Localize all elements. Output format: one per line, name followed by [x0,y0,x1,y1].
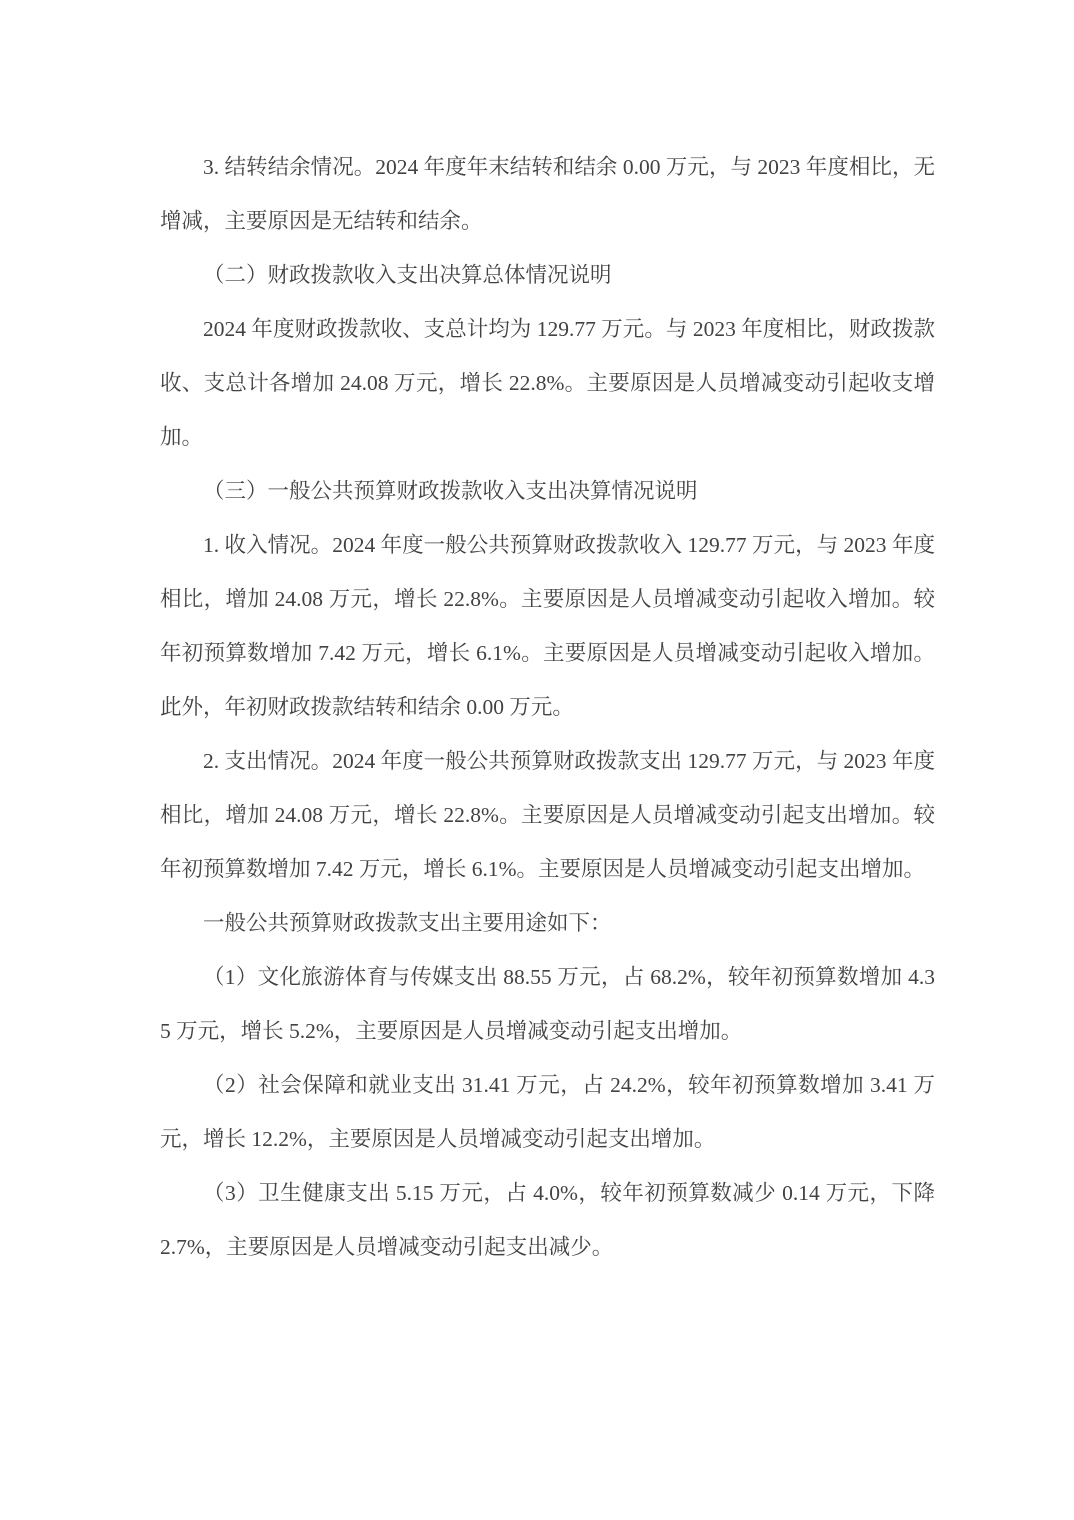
para-expenditure-situation: 2. 支出情况。2024 年度一般公共预算财政拨款支出 129.77 万元，与 … [160,734,935,896]
section-heading-general-public-budget: （三）一般公共预算财政拨款收入支出决算情况说明 [160,464,935,518]
document-body: 3. 结转结余情况。2024 年度年末结转和结余 0.00 万元，与 2023 … [160,140,935,1274]
para-carryover-balance: 3. 结转结余情况。2024 年度年末结转和结余 0.00 万元，与 2023 … [160,140,935,248]
section-heading-fiscal-appropriation-overview: （二）财政拨款收入支出决算总体情况说明 [160,248,935,302]
para-revenue-situation: 1. 收入情况。2024 年度一般公共预算财政拨款收入 129.77 万元，与 … [160,518,935,734]
para-item-1-culture-tourism-sports-media: （1）文化旅游体育与传媒支出 88.55 万元，占 68.2%，较年初预算数增加… [160,950,935,1058]
para-fiscal-appropriation-totals: 2024 年度财政拨款收、支总计均为 129.77 万元。与 2023 年度相比… [160,302,935,464]
para-item-3-health: （3）卫生健康支出 5.15 万元，占 4.0%，较年初预算数减少 0.14 万… [160,1166,935,1274]
para-item-2-social-security-employment: （2）社会保障和就业支出 31.41 万元，占 24.2%，较年初预算数增加 3… [160,1058,935,1166]
document-page: 3. 结转结余情况。2024 年度年末结转和结余 0.00 万元，与 2023 … [0,0,1074,1520]
para-expenditure-purposes-intro: 一般公共预算财政拨款支出主要用途如下： [160,896,935,950]
